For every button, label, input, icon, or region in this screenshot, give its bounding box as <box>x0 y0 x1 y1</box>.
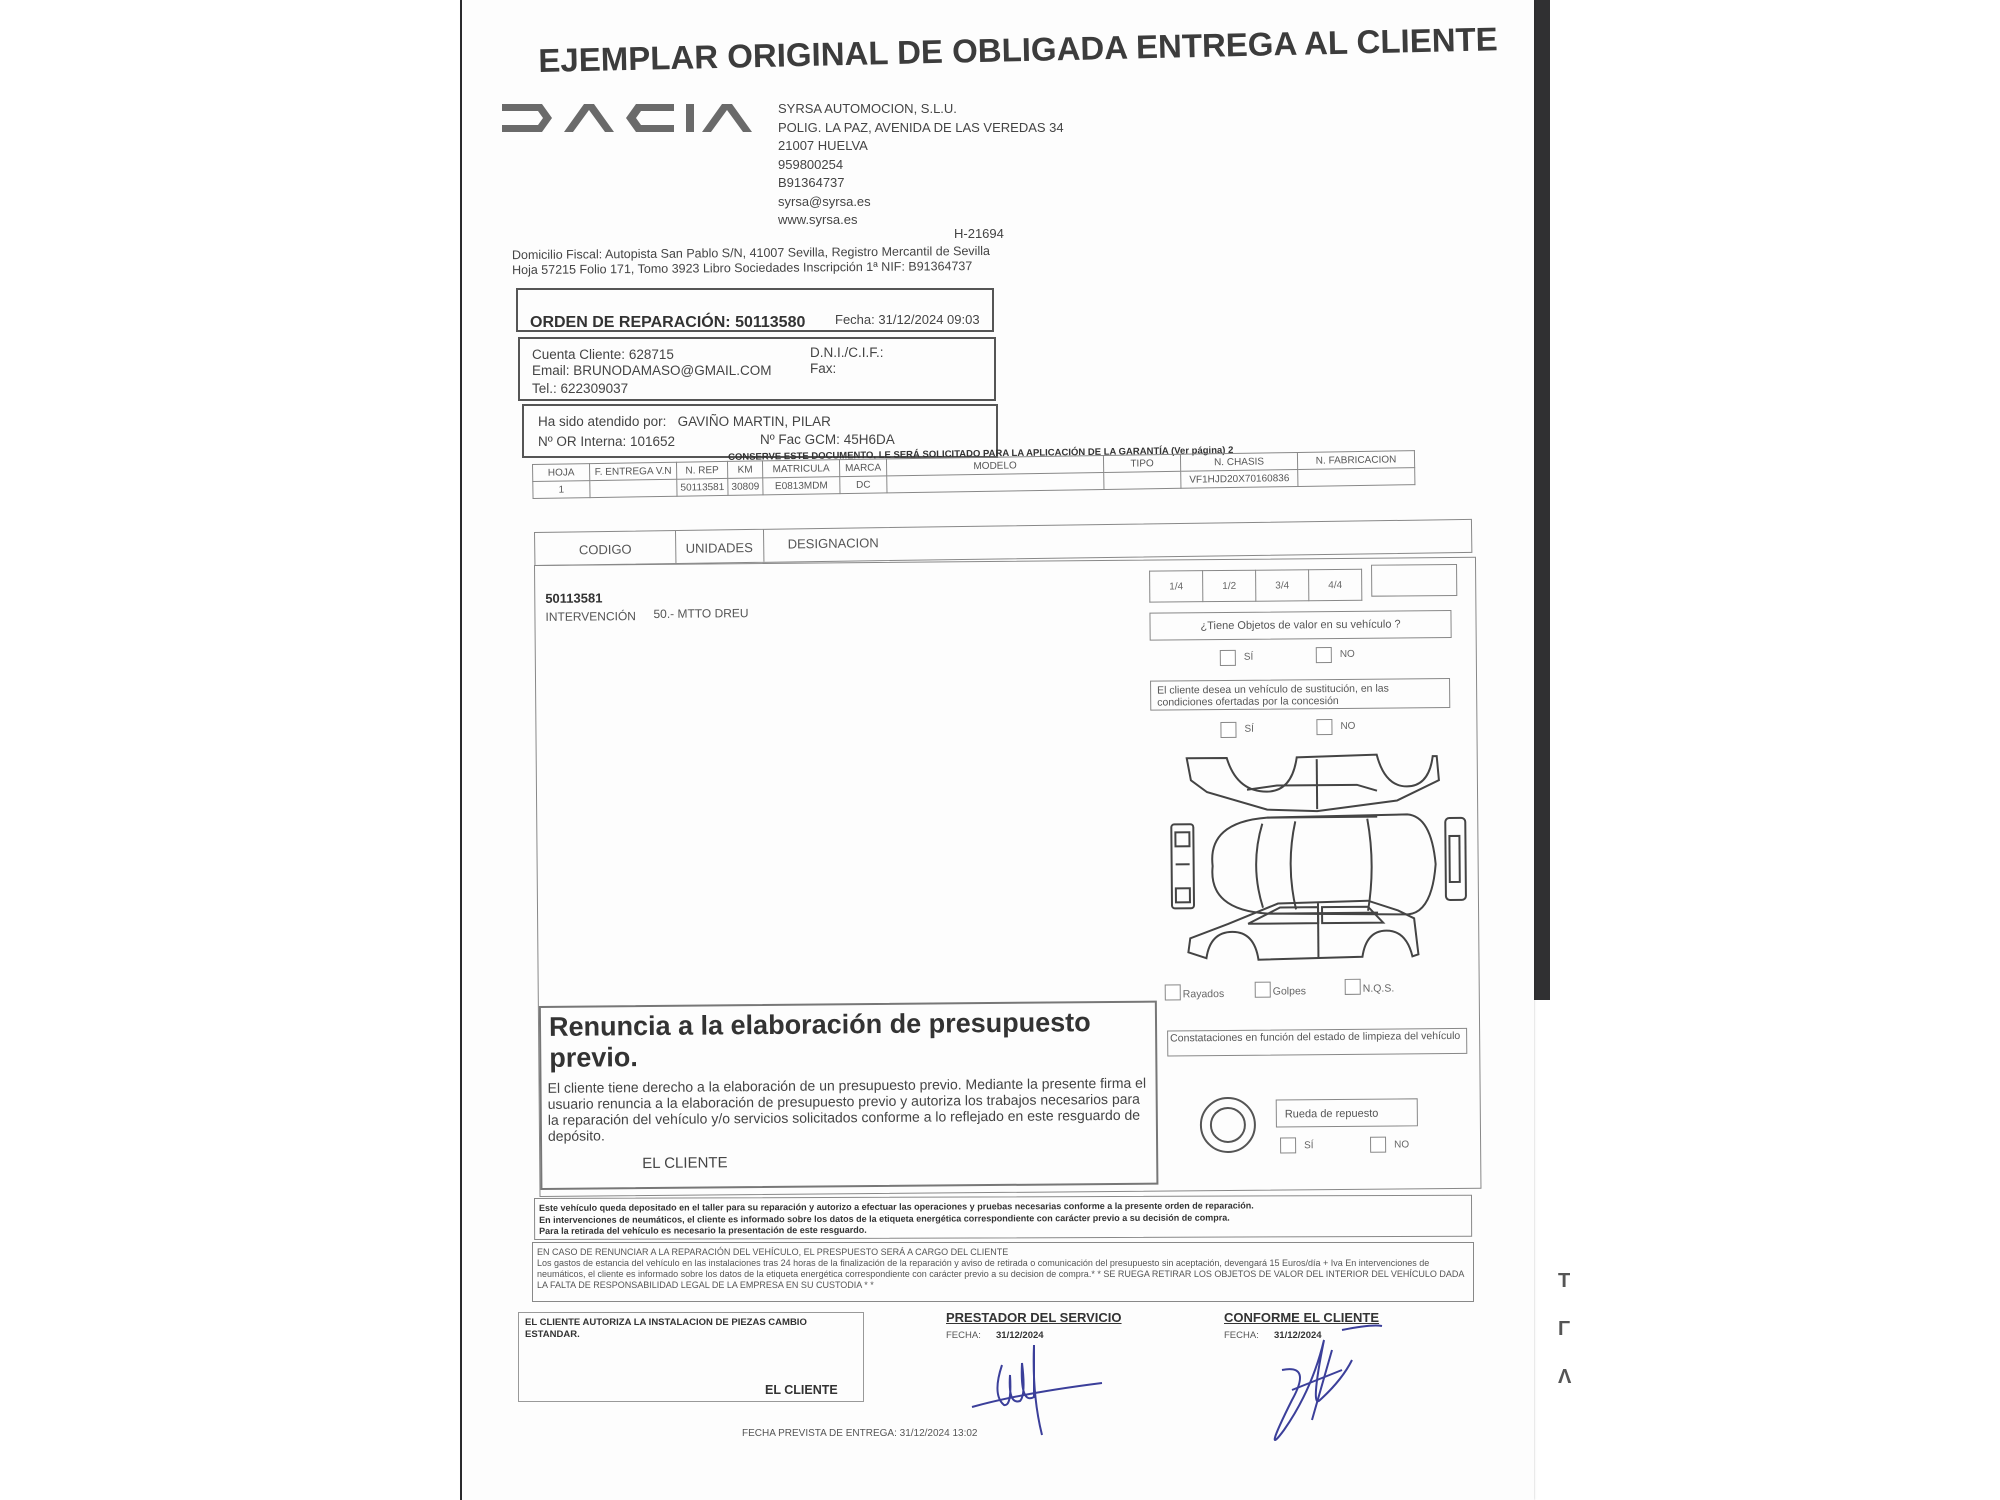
attended-by-label: Ha sido atendido por: <box>538 414 666 429</box>
cell-marca: DC <box>840 476 887 494</box>
line-item-type: INTERVENCIÓN <box>545 609 636 624</box>
budget-waiver-box: Renuncia a la elaboración de presupuesto… <box>539 1001 1159 1190</box>
internal-or-value: 101652 <box>630 434 675 449</box>
order-content-box: 50113581 INTERVENCIÓN 50.- MTTO DREU 1/4… <box>534 557 1481 1197</box>
fuel-full[interactable]: 4/4 <box>1309 569 1362 600</box>
deposit-terms-line: Para la retirada del vehículo es necesar… <box>539 1223 1467 1238</box>
cell-km: 30809 <box>728 478 763 496</box>
spare-wheel-no-checkbox[interactable] <box>1370 1137 1386 1153</box>
client-account-label: Cuenta Cliente: <box>532 347 625 362</box>
company-email: syrsa@syrsa.es <box>778 193 1064 212</box>
attended-by-value: GAVIÑO MARTIN, PILAR <box>678 414 831 429</box>
service-provider-heading: PRESTADOR DEL SERVICIO <box>946 1310 1122 1325</box>
photo-background-right: T Γ Λ <box>1550 0 2000 1500</box>
repair-order-document: EJEMPLAR ORIGINAL DE OBLIGADA ENTREGA AL… <box>462 0 1534 1500</box>
gcm-invoice-label: Nº Fac GCM: <box>760 432 840 447</box>
edge-text-fragment: Γ <box>1558 1318 1570 1341</box>
client-fax-label: Fax: <box>810 361 836 376</box>
order-date-value: 31/12/2024 09:03 <box>878 312 979 327</box>
valuables-question: ¿Tiene Objetos de valor en su vehículo ? <box>1149 610 1451 641</box>
fuel-three-quarter[interactable]: 3/4 <box>1256 570 1309 601</box>
gcm-invoice-value: 45H6DA <box>844 432 895 447</box>
fuel-level-selector: 1/4 1/2 3/4 4/4 <box>1149 569 1362 603</box>
client-email: Email: BRUNODAMASO@GMAIL.COM <box>532 363 772 378</box>
valuables-no-label: NO <box>1340 649 1355 660</box>
scratches-label: Rayados <box>1183 988 1225 1000</box>
company-phone: 959800254 <box>778 156 1064 175</box>
client-phone-value: 622309037 <box>561 381 629 396</box>
header-unidades: UNIDADES <box>675 530 764 563</box>
company-info: SYRSA AUTOMOCION, S.L.U. POLIG. LA PAZ, … <box>778 100 1064 230</box>
cell-hoja: 1 <box>533 481 590 499</box>
header-designacion: DESIGNACION <box>763 528 903 562</box>
client-email-value: BRUNODAMASO@GMAIL.COM <box>573 363 771 378</box>
h-code: H-21694 <box>954 226 1004 241</box>
client-account: Cuenta Cliente: 628715 <box>532 347 674 362</box>
fuel-blank-box <box>1371 564 1457 597</box>
cell-tipo <box>1104 471 1181 489</box>
attended-by: Ha sido atendido por: GAVIÑO MARTIN, PIL… <box>538 414 831 429</box>
order-number: 50113580 <box>735 314 805 331</box>
budget-waiver-title: Renuncia a la elaboración de presupuesto… <box>549 1007 1150 1074</box>
company-cif: B91364737 <box>778 174 1064 193</box>
line-item-description: 50.- MTTO DREU <box>653 606 748 621</box>
cell-chasis: VF1HJD20X70160836 <box>1181 469 1298 488</box>
header-tipo: TIPO <box>1103 454 1180 472</box>
photo-background-left <box>0 0 462 1500</box>
valuables-no-checkbox[interactable] <box>1316 647 1332 663</box>
header-nrep: N. REP <box>676 461 727 479</box>
gcm-invoice: Nº Fac GCM: 45H6DA <box>760 432 895 447</box>
fuel-quarter[interactable]: 1/4 <box>1150 571 1203 602</box>
line-item-code: 50113581 <box>545 590 602 605</box>
client-phone: Tel.: 622309037 <box>532 381 628 396</box>
cell-fabricacion <box>1298 468 1415 487</box>
valuables-yes-label: SÍ <box>1244 652 1254 663</box>
header-codigo: CODIGO <box>535 531 676 565</box>
internal-or-label: Nº OR Interna: <box>538 434 626 449</box>
nqs-checkbox[interactable] <box>1345 979 1361 995</box>
document-title: EJEMPLAR ORIGINAL DE OBLIGADA ENTREGA AL… <box>538 20 1498 80</box>
header-entrega: F. ENTREGA V.N <box>590 462 677 480</box>
fiscal-address: Domicilio Fiscal: Autopista San Pablo S/… <box>512 244 990 278</box>
parts-authorization-signer: EL CLIENTE <box>765 1383 838 1397</box>
deposit-terms: Este vehículo queda depositado en el tal… <box>534 1195 1472 1240</box>
scratches-checkbox[interactable] <box>1165 984 1181 1000</box>
header-hoja: HOJA <box>533 464 590 482</box>
cell-matricula: E0813MDM <box>763 477 840 495</box>
substitute-yes-checkbox[interactable] <box>1220 722 1236 738</box>
nqs-label: N.Q.S. <box>1363 983 1395 995</box>
company-address: POLIG. LA PAZ, AVENIDA DE LAS VEREDAS 34 <box>778 119 1064 138</box>
spare-wheel-yes-label: SÍ <box>1304 1140 1314 1151</box>
substitute-vehicle-question: El cliente desea un vehículo de sustituc… <box>1150 678 1450 711</box>
valuables-yes-checkbox[interactable] <box>1220 650 1236 666</box>
expected-delivery-date: FECHA PREVISTA DE ENTREGA: 31/12/2024 13… <box>742 1428 977 1439</box>
cell-entrega <box>590 479 677 497</box>
order-label-number: ORDEN DE REPARACIÓN: 50113580 <box>530 314 805 332</box>
spare-wheel-icon <box>1200 1097 1256 1153</box>
substitute-no-checkbox[interactable] <box>1316 719 1332 735</box>
internal-or: Nº OR Interna: 101652 <box>538 434 675 449</box>
storage-fee-terms: EN CASO DE RENUNCIAR A LA REPARACIÓN DEL… <box>532 1242 1474 1302</box>
header-fabricacion: N. FABRICACION <box>1297 451 1414 470</box>
substitute-yes-label: SÍ <box>1244 724 1254 735</box>
dents-label: Golpes <box>1273 985 1306 997</box>
client-dni-label: D.N.I./C.I.F.: <box>810 345 884 360</box>
edge-text-fragment: Λ <box>1558 1366 1571 1389</box>
company-city: 21007 HUELVA <box>778 137 1064 156</box>
spare-wheel-label: Rueda de repuesto <box>1276 1098 1418 1127</box>
cell-nrep: 50113581 <box>677 478 728 496</box>
header-chasis: N. CHASIS <box>1180 452 1297 471</box>
header-km: KM <box>727 461 762 479</box>
client-phone-label: Tel.: <box>532 381 557 396</box>
parts-authorization-text: EL CLIENTE AUTORIZA LA INSTALACION DE PI… <box>525 1317 825 1340</box>
spare-wheel-yes-checkbox[interactable] <box>1280 1137 1296 1153</box>
provider-signature-icon <box>962 1335 1122 1445</box>
budget-waiver-signer: EL CLIENTE <box>642 1154 727 1172</box>
header-matricula: MATRICULA <box>762 460 839 478</box>
spare-wheel-no-label: NO <box>1394 1139 1409 1150</box>
cleanliness-note: Constataciones en función del estado de … <box>1167 1028 1467 1057</box>
order-label: ORDEN DE REPARACIÓN: <box>530 314 731 331</box>
company-web: www.syrsa.es <box>778 211 1064 230</box>
order-number-box: ORDEN DE REPARACIÓN: 50113580 Fecha: 31/… <box>516 288 994 332</box>
client-info-box: Cuenta Cliente: 628715 D.N.I./C.I.F.: Em… <box>518 337 996 401</box>
client-account-value: 628715 <box>629 347 674 362</box>
budget-waiver-text: El cliente tiene derecho a la elaboració… <box>547 1075 1152 1144</box>
order-date-label: Fecha: <box>835 312 875 327</box>
cell-modelo <box>887 473 1104 493</box>
fuel-half[interactable]: 1/2 <box>1203 570 1256 601</box>
dacia-logo-icon <box>502 100 752 136</box>
edge-text-fragment: T <box>1558 1270 1570 1293</box>
fiscal-line-2: Hoja 57215 Folio 171, Tomo 3923 Libro So… <box>512 259 990 278</box>
substitute-no-label: NO <box>1340 721 1355 732</box>
dents-checkbox[interactable] <box>1255 982 1271 998</box>
car-damage-diagram-icon[interactable] <box>1167 750 1469 973</box>
client-signature-icon <box>1202 1320 1402 1470</box>
company-name: SYRSA AUTOMOCION, S.L.U. <box>778 100 1064 119</box>
client-email-label: Email: <box>532 363 570 378</box>
header-marca: MARCA <box>839 459 886 477</box>
order-date: Fecha: 31/12/2024 09:03 <box>835 312 980 327</box>
parts-authorization-box: EL CLIENTE AUTORIZA LA INSTALACION DE PI… <box>518 1312 864 1402</box>
